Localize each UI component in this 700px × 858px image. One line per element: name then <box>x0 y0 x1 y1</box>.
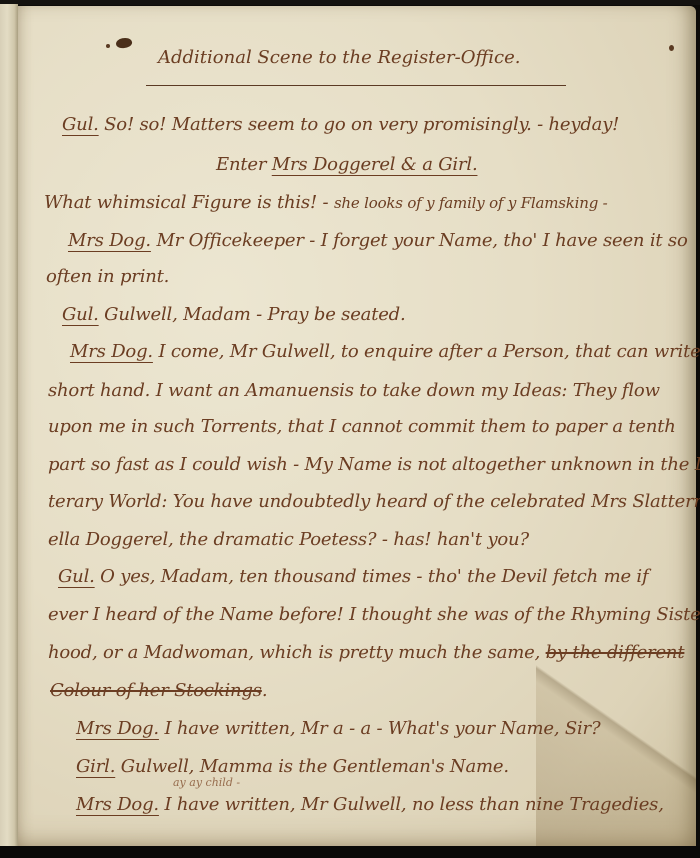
line-text: I come, Mr Gulwell, to enquire after a P… <box>153 341 700 362</box>
manuscript-line: Gul. O yes, Madam, ten thousand times - … <box>58 568 648 586</box>
speaker-label: Gul. <box>58 566 95 587</box>
line-text: I have written, Mr Gulwell, no less than… <box>159 794 664 815</box>
manuscript-line: Mrs Dog. Mr Officekeeper - I forget your… <box>68 232 688 250</box>
struck-text: by the different <box>546 642 685 663</box>
manuscript-line: part so fast as I could wish - My Name i… <box>48 456 700 474</box>
manuscript-line: ella Doggerel, the dramatic Poetess? - h… <box>48 531 529 549</box>
manuscript-line: Mrs Dog. I have written, Mr a - a - What… <box>76 720 600 738</box>
scan-frame-top <box>0 0 700 5</box>
manuscript-line: Mrs Dog. I come, Mr Gulwell, to enquire … <box>70 343 700 361</box>
page-title: Additional Scene to the Register-Office. <box>158 47 520 68</box>
speaker-label: Gul. <box>62 304 99 325</box>
line-text: ever I heard of the Name before! I thoug… <box>48 604 700 625</box>
manuscript-line: hood, or a Madwoman, which is pretty muc… <box>48 644 684 662</box>
speaker-label: Mrs Dog. <box>76 794 159 815</box>
line-text: Gulwell, Madam - Pray be seated. <box>99 304 406 325</box>
manuscript-line: What whimsical Figure is this! - she loo… <box>44 194 608 212</box>
stage-characters: Mrs Doggerel & a Girl. <box>272 154 478 175</box>
line-text: . <box>262 680 268 701</box>
speaker-label: Mrs Dog. <box>76 718 159 739</box>
facing-page-edge <box>0 4 18 846</box>
ink-speck <box>669 45 674 51</box>
scan-frame-bottom <box>0 846 700 858</box>
aside-text: she looks of y family of y Flamsking - <box>334 194 608 212</box>
manuscript-line: short hand. I want an Amanuensis to take… <box>48 382 660 400</box>
line-text: hood, or a Madwoman, which is pretty muc… <box>48 642 546 663</box>
manuscript-line: Gul. Gulwell, Madam - Pray be seated. <box>62 306 406 324</box>
line-text: Gulwell, Mamma is the Gentleman's Name. <box>115 756 509 777</box>
ink-blot <box>115 36 133 49</box>
line-text: often in print. <box>46 266 169 287</box>
line-text: short hand. I want an Amanuensis to take… <box>48 380 660 401</box>
manuscript-line: Mrs Dog. I have written, Mr Gulwell, no … <box>76 796 664 814</box>
line-text: Mr Officekeeper - I forget your Name, th… <box>151 230 688 251</box>
speaker-label: Gul. <box>62 114 99 135</box>
manuscript-line: upon me in such Torrents, that I cannot … <box>48 418 676 436</box>
aside-text: has! han't you? <box>393 529 529 550</box>
interlinear-note: ay ay child - <box>173 776 240 789</box>
title-underline <box>146 85 566 86</box>
line-text: part so fast as I could wish - My Name i… <box>48 454 700 475</box>
stage-text: Enter <box>216 154 272 175</box>
struck-text: Colour of her Stockings <box>50 680 262 701</box>
speaker-label: Mrs Dog. <box>70 341 153 362</box>
manuscript-line: Colour of her Stockings. <box>50 682 267 700</box>
line-text: What whimsical Figure is this! - <box>44 192 334 213</box>
line-text: So! so! Matters seem to go on very promi… <box>99 114 620 135</box>
ink-speck <box>106 44 110 48</box>
manuscript-line: Girl. Gulwell, Mamma is the Gentleman's … <box>76 758 509 776</box>
stage-direction: Enter Mrs Doggerel & a Girl. <box>216 156 477 174</box>
line-text: upon me in such Torrents, that I cannot … <box>48 416 676 437</box>
manuscript-line: terary World: You have undoubtedly heard… <box>48 493 700 511</box>
speaker-label: Girl. <box>76 756 115 777</box>
manuscript-line: ever I heard of the Name before! I thoug… <box>48 606 700 624</box>
line-text: I have written, Mr a - a - What's your N… <box>159 718 601 739</box>
line-text: terary World: You have undoubtedly heard… <box>48 491 700 512</box>
line-text: O yes, Madam, ten thousand times - tho' … <box>95 566 649 587</box>
speaker-label: Mrs Dog. <box>68 230 151 251</box>
line-text: ella Doggerel, the dramatic Poetess? - <box>48 529 393 550</box>
manuscript-line: often in print. <box>46 268 169 286</box>
manuscript-line: Gul. So! so! Matters seem to go on very … <box>62 116 619 134</box>
manuscript-page: Additional Scene to the Register-Office.… <box>18 6 696 846</box>
